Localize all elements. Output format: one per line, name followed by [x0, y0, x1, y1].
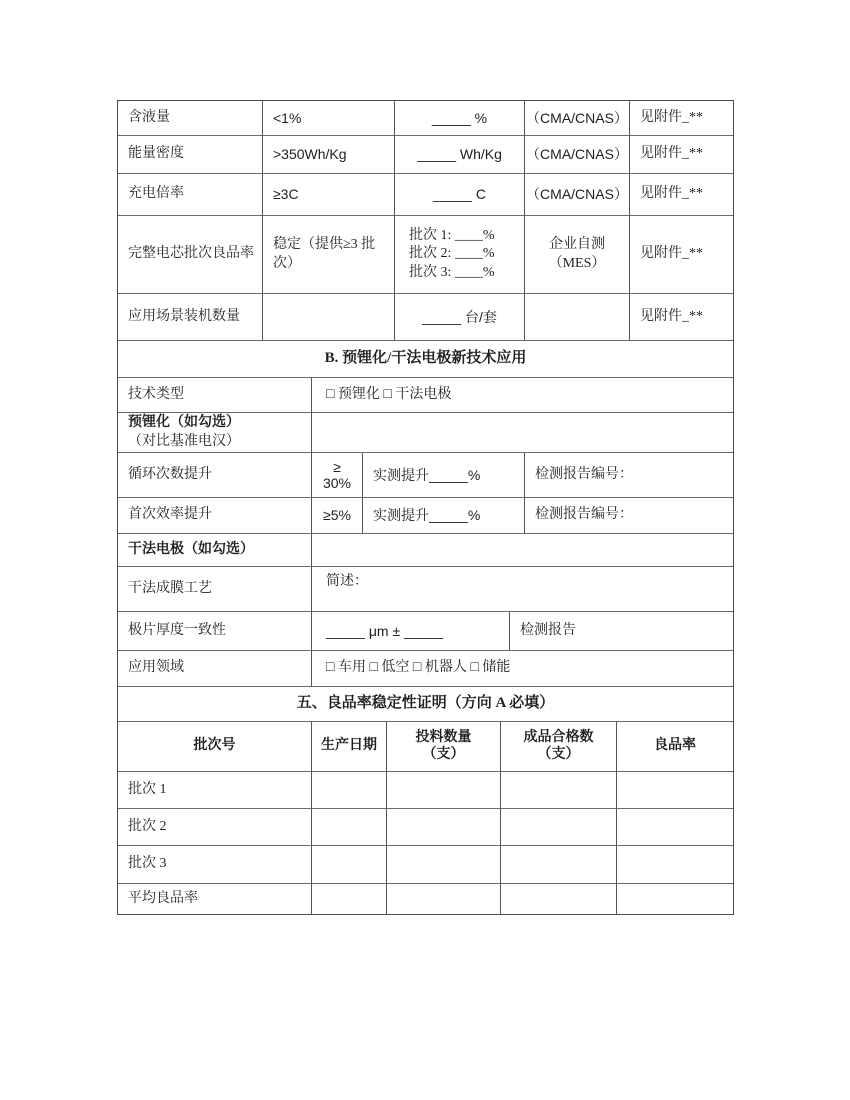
table-row: 干法成膜工艺 简述：: [118, 567, 733, 612]
table-row: 含液量 <1% _____ % （CMA/CNAS） 见附件_**: [118, 101, 733, 136]
spec-batch-fill-cell: 批次 1: ____% 批次 2: ____% 批次 3: ____%: [395, 216, 525, 294]
column-header-pass-qty: 成品合格数 （支）: [501, 722, 617, 772]
empty-cell: [501, 846, 617, 884]
measured-fill-cell: 实测提升_____%: [363, 498, 525, 534]
column-header-yield-rate: 良品率: [617, 722, 733, 772]
field-label-cell: 应用领域: [118, 651, 312, 687]
column-header-input-qty: 投料数量 （支）: [387, 722, 501, 772]
application-form-table: 含液量 <1% _____ % （CMA/CNAS） 见附件_** 能量密度 >…: [117, 100, 734, 915]
batch-label-cell: 批次 2: [118, 809, 312, 846]
threshold-cell: ≥5%: [312, 498, 363, 534]
yield-table-row: 批次 3: [118, 846, 733, 884]
spec-attachment-cell: 见附件_**: [630, 216, 733, 294]
spec-cert-cell: （CMA/CNAS）: [525, 174, 630, 216]
spec-label-cell: 含液量: [118, 101, 263, 136]
field-label-cell: 首次效率提升: [118, 498, 312, 534]
yield-table-row: 批次 2: [118, 809, 733, 846]
spec-attachment-cell: 见附件_**: [630, 101, 733, 136]
empty-cell: [387, 772, 501, 809]
empty-cell: [312, 413, 733, 453]
yield-table-row: 平均良品率: [118, 884, 733, 914]
average-yield-label-cell: 平均良品率: [118, 884, 312, 914]
empty-cell: [387, 884, 501, 914]
measured-fill-cell: 实测提升_____%: [363, 453, 525, 498]
empty-cell: [312, 772, 387, 809]
spec-fill-cell: _____ %: [395, 101, 525, 136]
spec-attachment-cell: 见附件_**: [630, 294, 733, 341]
spec-fill-cell: _____ 台/套: [395, 294, 525, 341]
table-row: 完整电芯批次良品率 稳定（提供≥3 批次） 批次 1: ____% 批次 2: …: [118, 216, 733, 294]
spec-label-cell: 能量密度: [118, 136, 263, 174]
report-number-cell: 检测报告编号：: [525, 453, 733, 498]
spec-label-cell: 充电倍率: [118, 174, 263, 216]
prelithiation-label-cell: 预锂化（如勾选） （对比基准电汉）: [118, 413, 312, 453]
section-c-header-row: 五、良品率稳定性证明（方向 A 必填）: [118, 687, 733, 722]
empty-cell: [501, 772, 617, 809]
batch-label-cell: 批次 1: [118, 772, 312, 809]
prelithiation-label-line1: 预锂化（如勾选）: [128, 414, 240, 432]
document-page: 含液量 <1% _____ % （CMA/CNAS） 见附件_** 能量密度 >…: [0, 0, 850, 1100]
table-row: 干法电极（如勾选）: [118, 534, 733, 567]
field-label-cell: 极片厚度一致性: [118, 612, 312, 651]
dry-electrode-label-cell: 干法电极（如勾选）: [118, 534, 312, 567]
table-row: 首次效率提升 ≥5% 实测提升_____% 检测报告编号：: [118, 498, 733, 534]
table-row: 充电倍率 ≥3C _____ C （CMA/CNAS） 见附件_**: [118, 174, 733, 216]
empty-cell: [312, 884, 387, 914]
batch-label-cell: 批次 3: [118, 846, 312, 884]
spec-requirement-cell: >350Wh/Kg: [263, 136, 395, 174]
empty-cell: [501, 884, 617, 914]
spec-requirement-cell: <1%: [263, 101, 395, 136]
empty-cell: [617, 809, 733, 846]
section-b-header-row: B. 预锂化/干法电极新技术应用: [118, 341, 733, 378]
empty-cell: [525, 294, 630, 341]
report-cell: 检测报告: [510, 612, 733, 651]
spec-label-cell: 应用场景装机数量: [118, 294, 263, 341]
column-header-production-date: 生产日期: [312, 722, 387, 772]
table-row: 预锂化（如勾选） （对比基准电汉）: [118, 413, 733, 453]
empty-cell: [501, 809, 617, 846]
yield-table-header-row: 批次号 生产日期 投料数量 （支） 成品合格数 （支） 良品率: [118, 722, 733, 772]
prelithiation-label-line2: （对比基准电汉）: [128, 433, 240, 451]
spec-requirement-cell: 稳定（提供≥3 批次）: [263, 216, 395, 294]
section-c-title: 五、良品率稳定性证明（方向 A 必填）: [118, 687, 733, 722]
application-checkboxes: □ 车用 □ 低空 □ 机器人 □ 储能: [312, 651, 733, 687]
thickness-fill-cell: _____ μm ± _____: [312, 612, 510, 651]
table-row: 应用场景装机数量 _____ 台/套 见附件_**: [118, 294, 733, 341]
spec-fill-cell: _____ C: [395, 174, 525, 216]
empty-cell: [312, 846, 387, 884]
empty-cell: [312, 534, 733, 567]
spec-attachment-cell: 见附件_**: [630, 174, 733, 216]
table-row: 循环次数提升 ≥ 30% 实测提升_____% 检测报告编号：: [118, 453, 733, 498]
empty-cell: [387, 809, 501, 846]
spec-cert-cell: 企业自测 （MES）: [525, 216, 630, 294]
yield-table-row: 批次 1: [118, 772, 733, 809]
table-row: 应用领域 □ 车用 □ 低空 □ 机器人 □ 储能: [118, 651, 733, 687]
field-label-cell: 干法成膜工艺: [118, 567, 312, 612]
description-fill-cell: 简述：: [312, 567, 733, 612]
report-number-cell: 检测报告编号：: [525, 498, 733, 534]
column-header-batch-no: 批次号: [118, 722, 312, 772]
spec-fill-cell: _____ Wh/Kg: [395, 136, 525, 174]
tech-type-checkboxes: □ 预锂化 □ 干法电极: [312, 378, 733, 413]
empty-cell: [617, 884, 733, 914]
field-label-cell: 技术类型: [118, 378, 312, 413]
table-row: 技术类型 □ 预锂化 □ 干法电极: [118, 378, 733, 413]
empty-cell: [312, 809, 387, 846]
empty-cell: [387, 846, 501, 884]
spec-attachment-cell: 见附件_**: [630, 136, 733, 174]
spec-label-cell: 完整电芯批次良品率: [118, 216, 263, 294]
spec-cert-cell: （CMA/CNAS）: [525, 136, 630, 174]
empty-cell: [617, 772, 733, 809]
empty-cell: [617, 846, 733, 884]
threshold-cell: ≥ 30%: [312, 453, 363, 498]
table-row: 极片厚度一致性 _____ μm ± _____ 检测报告: [118, 612, 733, 651]
spec-requirement-cell: ≥3C: [263, 174, 395, 216]
table-row: 能量密度 >350Wh/Kg _____ Wh/Kg （CMA/CNAS） 见附…: [118, 136, 733, 174]
empty-cell: [263, 294, 395, 341]
section-b-title: B. 预锂化/干法电极新技术应用: [118, 341, 733, 378]
spec-cert-cell: （CMA/CNAS）: [525, 101, 630, 136]
field-label-cell: 循环次数提升: [118, 453, 312, 498]
